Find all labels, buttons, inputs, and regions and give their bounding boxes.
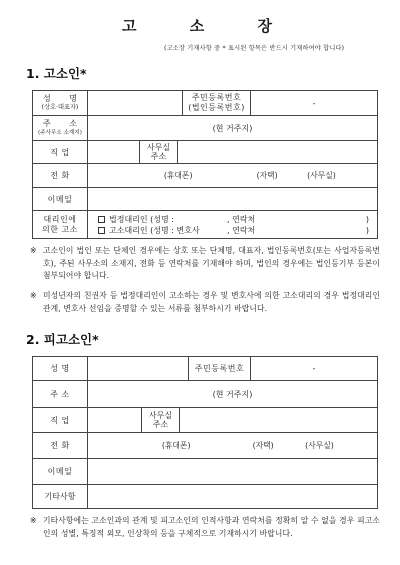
- accused-row-email: 이메일: [33, 459, 378, 485]
- accused-note-1: ※ 기타사항에는 고소인과의 관계 및 피고소인의 인적사항과 연락처를 정확히…: [30, 515, 380, 540]
- legal-representative-option[interactable]: 법정대리인 (성명 : , 연락처 ): [88, 214, 377, 225]
- complainant-row-name: 성 명 (상호·대표자) 주민등록번호 (법인등록번호) -: [33, 91, 378, 116]
- accused-phone-label: 전 화: [33, 433, 88, 459]
- accused-id-number-field[interactable]: -: [251, 357, 378, 381]
- complainant-email-field[interactable]: [88, 188, 378, 211]
- accused-office-address-field[interactable]: [180, 408, 378, 433]
- accused-phone-field[interactable]: (휴대폰)(자택)(사무실): [88, 433, 378, 459]
- complainant-address-field[interactable]: (현 거주지): [88, 116, 378, 141]
- accused-row-name: 성 명 주민등록번호 -: [33, 357, 378, 381]
- phone-label: 전 화: [33, 164, 88, 188]
- job-label: 직 업: [33, 141, 88, 164]
- complainant-office-address-field[interactable]: [178, 141, 378, 164]
- id-number-label: 주민등록번호 (법인등록번호): [183, 91, 251, 116]
- accused-email-field[interactable]: [88, 459, 378, 485]
- other-info-field[interactable]: [88, 485, 378, 509]
- document-subtitle: (고소장 기재사항 중 * 표시된 항목은 반드시 기재하여야 합니다): [164, 43, 344, 52]
- email-label: 이메일: [33, 188, 88, 211]
- complainant-note-1: ※ 고소인이 법인 또는 단체인 경우에는 상호 또는 단체명, 대표자, 법인…: [30, 245, 380, 283]
- attorney-option[interactable]: 고소대리인 (성명 : 변호사 , 연락처 ): [88, 225, 377, 236]
- phone-office-label: (사무실): [307, 170, 336, 181]
- accused-email-label: 이메일: [33, 459, 88, 485]
- agent-label: 대리인에 의한 고소: [33, 211, 88, 239]
- complainant-note-2: ※ 미성년자의 친권자 등 법정대리인이 고소하는 경우 및 변호사에 의한 고…: [30, 290, 380, 315]
- complainant-row-email: 이메일: [33, 188, 378, 211]
- office-address-label: 사무실 주소: [140, 141, 178, 164]
- phone-home-label: (자택): [227, 170, 307, 181]
- complainant-row-phone: 전 화 (휴대폰)(자택)(사무실): [33, 164, 378, 188]
- complainant-id-number-field[interactable]: -: [251, 91, 378, 116]
- accused-job-label: 직 업: [33, 408, 88, 433]
- accused-address-label: 주 소: [33, 381, 88, 408]
- agent-field: 법정대리인 (성명 : , 연락처 ) 고소대리인 (성명 : 변호사 , 연락…: [88, 211, 378, 239]
- accused-table: 성 명 주민등록번호 - 주 소 (현 거주지) 직 업 사무실 주소 전 화 …: [32, 356, 378, 509]
- accused-job-field[interactable]: [88, 408, 142, 433]
- legal-representative-checkbox[interactable]: [98, 216, 105, 223]
- accused-row-phone: 전 화 (휴대폰)(자택)(사무실): [33, 433, 378, 459]
- accused-row-job: 직 업 사무실 주소: [33, 408, 378, 433]
- address-label: 주 소 (주사무소 소재지): [33, 116, 88, 141]
- accused-name-label: 성 명: [33, 357, 88, 381]
- complainant-table: 성 명 (상호·대표자) 주민등록번호 (법인등록번호) - 주 소 (주사무소…: [32, 90, 378, 239]
- accused-id-number-label: 주민등록번호: [189, 357, 251, 381]
- document-title: 고 소 장: [0, 15, 400, 36]
- complainant-name-field[interactable]: [88, 91, 183, 116]
- complainant-row-agent: 대리인에 의한 고소 법정대리인 (성명 : , 연락처 ) 고소대리인 (성명…: [33, 211, 378, 239]
- phone-mobile-label: (휴대폰): [129, 170, 227, 181]
- accused-office-address-label: 사무실 주소: [142, 408, 180, 433]
- complainant-job-field[interactable]: [88, 141, 140, 164]
- complainant-row-job: 직 업 사무실 주소: [33, 141, 378, 164]
- section-title-complainant: 1. 고소인*: [26, 64, 87, 82]
- section-title-accused: 2. 피고소인*: [26, 330, 99, 348]
- attorney-checkbox[interactable]: [98, 227, 105, 234]
- name-label: 성 명 (상호·대표자): [33, 91, 88, 116]
- accused-phone-home-label: (자택): [221, 440, 305, 451]
- accused-phone-office-label: (사무실): [305, 440, 334, 451]
- accused-name-field[interactable]: [88, 357, 189, 381]
- accused-row-other: 기타사항: [33, 485, 378, 509]
- complainant-phone-field[interactable]: (휴대폰)(자택)(사무실): [88, 164, 378, 188]
- accused-row-address: 주 소 (현 거주지): [33, 381, 378, 408]
- complainant-row-address: 주 소 (주사무소 소재지) (현 거주지): [33, 116, 378, 141]
- other-info-label: 기타사항: [33, 485, 88, 509]
- accused-address-field[interactable]: (현 거주지): [88, 381, 378, 408]
- accused-phone-mobile-label: (휴대폰): [131, 440, 221, 451]
